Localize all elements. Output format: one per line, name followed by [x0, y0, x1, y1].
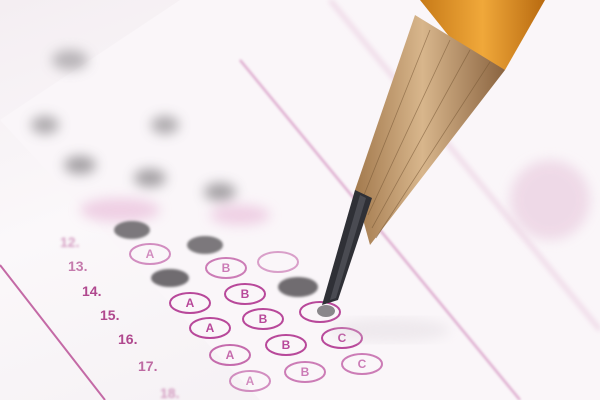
filled-mark	[317, 305, 335, 317]
svg-text:B: B	[282, 338, 291, 352]
photo-illustration: 12. 13. 14. 15. 16. 17. 18.	[0, 0, 600, 400]
svg-text:18.: 18.	[160, 385, 179, 400]
svg-text:B: B	[259, 312, 268, 326]
question-number-16: 16.	[118, 331, 137, 347]
svg-text:12.: 12.	[60, 234, 79, 250]
question-number-14: 14.	[82, 283, 101, 299]
svg-text:A: A	[146, 247, 155, 261]
svg-text:A: A	[226, 348, 235, 362]
question-number-17: 17.	[138, 358, 157, 374]
svg-text:A: A	[186, 296, 195, 310]
answer-sheet-photo: 12. 13. 14. 15. 16. 17. 18.	[0, 0, 600, 400]
svg-text:C: C	[358, 357, 367, 371]
svg-text:A: A	[206, 321, 215, 335]
svg-text:B: B	[241, 287, 250, 301]
svg-text:B: B	[301, 365, 310, 379]
svg-text:13.: 13.	[68, 258, 87, 274]
question-number-15: 15.	[100, 307, 119, 323]
svg-text:A: A	[246, 374, 255, 388]
svg-text:B: B	[222, 261, 231, 275]
